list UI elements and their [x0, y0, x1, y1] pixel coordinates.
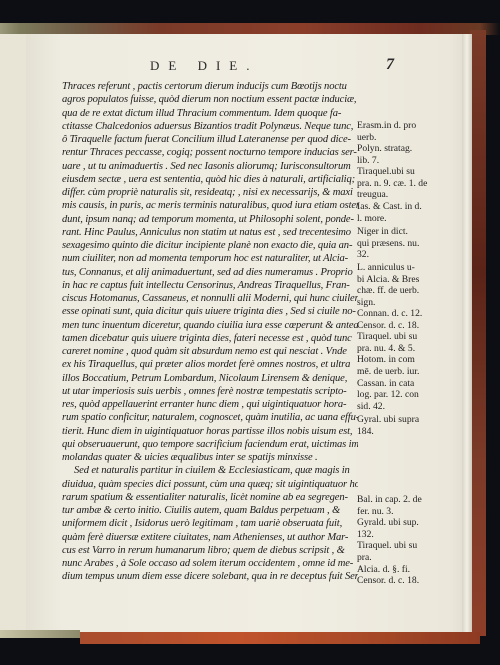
facing-page-left: [0, 34, 27, 632]
text-line: tur ambæ & certo initio. Ciuilis autem, …: [62, 504, 358, 517]
text-line: mis causis, in puris, ac meris terminis …: [62, 199, 358, 212]
margin-note-line: bi Alcia. & Bres: [357, 274, 447, 286]
text-line: quàm ferè diuersæ extitere ciuitates, na…: [62, 531, 358, 544]
margin-note-line: qui præsens. nu.: [357, 238, 447, 250]
text-line: tus, Connanus, et alij animaduertunt, se…: [62, 266, 358, 279]
margin-note-line: Niger in dict.: [357, 226, 447, 238]
margin-note-line: 132.: [357, 529, 447, 541]
text-line: res, quòd appellauerint erranter hunc di…: [62, 398, 358, 411]
text-line: ut utar imperiosis suis uerbis , omnes f…: [62, 385, 358, 398]
text-line: tierit. Hunc diem in uigintiquatuor hora…: [62, 425, 358, 438]
margin-note-line: Connan. d. c. 12.: [357, 308, 447, 320]
text-line: dium tempus unum diem esse dicere soleba…: [62, 570, 358, 583]
running-head: DE DIE. 7: [150, 58, 350, 76]
text-line: careret nomine , quod quàm sit absurdum …: [62, 345, 358, 358]
text-line: uare , ut tu animaduertis . Sed nec Iaso…: [62, 160, 358, 173]
text-line: in hac re captus fuit intellectu Censori…: [62, 279, 358, 292]
text-line: rum spatio conficitur, naturalem, cognos…: [62, 411, 358, 424]
margin-note: L. anniculus u-bi Alcia. & Breschæ. ff. …: [357, 262, 447, 308]
text-line: Sed et naturalis partitur in ciuilem & E…: [62, 464, 358, 477]
text-line: differ. cùm propriè naturalis sit, resid…: [62, 186, 358, 199]
margin-note: Gyral. ubi supra184.: [357, 414, 447, 437]
text-line: dunt, ipsum nanq; ad temporum momenta, u…: [62, 213, 358, 226]
margin-note-line: chæ. ff. de uerb.: [357, 285, 447, 297]
text-line: rarum spatium & essentialiter naturalis,…: [62, 491, 358, 504]
margin-note-line: Gyrald. ubi sup.: [357, 517, 447, 529]
margin-note-line: uerb.: [357, 132, 447, 144]
margin-note-line: lib. 7.: [357, 155, 447, 167]
text-line: sexagesimo quinto die dicitur incipiente…: [62, 239, 358, 252]
text-line: cus est Varro in rerum humanarum libro; …: [62, 544, 358, 557]
book-right-edge: [470, 30, 486, 636]
margin-note-line: log. par. 12. con: [357, 389, 447, 401]
text-line: uniformem dicit , Isidorus uerò legitima…: [62, 517, 358, 530]
margin-note: Bal. in cap. 2. defer. nu. 3.Gyrald. ubi…: [357, 494, 447, 587]
margin-note-line: pra. nu. 4. & 5.: [357, 343, 447, 355]
margin-note: Connan. d. c. 12.Censor. d. c. 18.Tiraqu…: [357, 308, 447, 412]
margin-note-line: pra.: [357, 552, 447, 564]
margin-note-line: Erasm.in d. pro: [357, 120, 447, 132]
text-line: rant. Hinc Paulus, Anniculus non statim …: [62, 226, 358, 239]
margin-note-line: sign.: [357, 297, 447, 309]
margin-note-line: Polyn. stratag.: [357, 143, 447, 155]
margin-note-line: Tiraquel. ubi su: [357, 540, 447, 552]
margin-note-line: l. more.: [357, 213, 447, 225]
book-bottom-edge-left: [0, 630, 80, 638]
margin-note: Polyn. stratag.lib. 7.: [357, 143, 447, 166]
text-line: ctitasse Chalcedonios aduersus Bizantios…: [62, 120, 358, 133]
margin-note: Erasm.in d. prouerb.: [357, 120, 447, 143]
text-line: qui obseruauerunt, quo tempore sacrifici…: [62, 438, 358, 451]
margin-note-line: treugua.: [357, 189, 447, 201]
margin-note-line: 184.: [357, 426, 447, 438]
book-bottom-edge: [80, 632, 480, 644]
margin-note-line: pra. n. 9. cæ. 1. de: [357, 178, 447, 190]
text-line: illos Boccatium, Petrum Lombardum, Nicol…: [62, 372, 358, 385]
text-line: agros populatos fuisse, quòd dierum non …: [62, 93, 358, 106]
text-line: num ciuiliter, non ad momenta temporum h…: [62, 252, 358, 265]
text-line: ciscus Hotomanus, Cassaneus, et nonnulli…: [62, 292, 358, 305]
margin-note-line: Censor. d. c. 18.: [357, 575, 447, 587]
text-line: qua de re extat dictum illud Thracium co…: [62, 107, 358, 120]
margin-note-line: Tiraquel. ubi su: [357, 331, 447, 343]
margin-note: Tiraquel.ubi supra. n. 9. cæ. 1. detreug…: [357, 166, 447, 201]
running-head-title: DE DIE.: [150, 58, 259, 73]
margin-note-line: 32.: [357, 249, 447, 261]
text-line: ex his Tiraquellus, qui præter alios mor…: [62, 358, 358, 371]
margin-note-line: Tiraquel.ubi su: [357, 166, 447, 178]
margin-note-line: fer. nu. 3.: [357, 506, 447, 518]
margin-note-line: Censor. d. c. 18.: [357, 320, 447, 332]
main-text-block: Thraces referunt , pactis certorum dieru…: [62, 80, 358, 584]
text-line: esse opinati sunt, quia dicitur quis uiu…: [62, 305, 358, 318]
margin-note-line: Alcia. d. §. fi.: [357, 564, 447, 576]
page-number: 7: [386, 56, 394, 74]
text-line: tamen dicebatur quis uiuere triginta die…: [62, 332, 358, 345]
text-line: eiusdem sectæ , uera est sententia, quòd…: [62, 173, 358, 186]
margin-note-line: mē. de uerb. iur.: [357, 366, 447, 378]
margin-note-line: L. anniculus u-: [357, 262, 447, 274]
margin-note-line: sid. 42.: [357, 401, 447, 413]
text-line: molandas quater & uicies æqualibus inter…: [62, 451, 358, 464]
page-fore-edge: [462, 34, 472, 632]
text-line: ô Tiraquelle factum fuerat Concilium ill…: [62, 133, 358, 146]
margin-note: Niger in dict.qui præsens. nu.32.: [357, 226, 447, 261]
text-line: Thraces referunt , pactis certorum dieru…: [62, 80, 358, 93]
margin-note-line: Cassan. in cata: [357, 378, 447, 390]
margin-note-line: Ias. & Cast. in d.: [357, 201, 447, 213]
text-line: diuidua, quàm species dici possunt, cùm …: [62, 478, 358, 491]
text-line: rentur Thraces peccasse, cogiq; possent …: [62, 146, 358, 159]
text-line: men tunc inuentum diceretur, quando ciui…: [62, 319, 358, 332]
text-line: nunc Arabes , à Sole occaso ad solem ite…: [62, 557, 358, 570]
margin-note-line: Bal. in cap. 2. de: [357, 494, 447, 506]
margin-note-line: Hotom. in com: [357, 354, 447, 366]
margin-note: Ias. & Cast. in d.l. more.: [357, 201, 447, 224]
margin-note-line: Gyral. ubi supra: [357, 414, 447, 426]
